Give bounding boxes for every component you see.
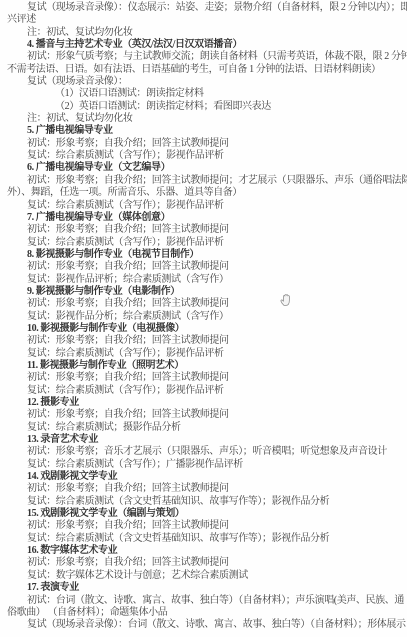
section-heading-line: 15. 戏剧影视文学专业（编剧与策划）	[7, 508, 403, 520]
document-line: 复试：综合素质测试（含写作）；影视作品评析	[7, 150, 403, 162]
section-heading-line: 14. 戏剧影视文学专业	[7, 471, 403, 483]
section-heading-line: 12. 摄影专业	[7, 397, 403, 409]
document-line: 复试（现场录音录像）：台词（散文、诗歌、寓言、故事、独白等）（自备材料）；形体展…	[7, 619, 403, 631]
section-heading-line: 13. 录音艺术专业	[7, 434, 403, 446]
document-line: 注：初试、复试均勿化妆	[7, 27, 403, 39]
document-line: 不需考法语、日语。如有法语、日语基础的考生，可自备 1 分钟的法语、日语材料朗读…	[7, 64, 403, 76]
document-line: 复试：综合素质测试（含写作）；影视作品评析	[7, 237, 403, 249]
document-line: 兴评述	[7, 14, 403, 26]
document-line: 注：初试、复试均勿化妆	[7, 113, 403, 125]
document-line: （1）汉语口语测试：朗读指定材料	[7, 88, 403, 100]
document-line: 复试：综合素质测试；摄影作品分析	[7, 422, 403, 434]
section-heading-line: 11. 影视摄影与制作专业（照明艺术）	[7, 360, 403, 372]
document-line: 初试：形象考察；音乐才艺展示（只限器乐、声乐）；听音模唱；听觉想象及声音设计	[7, 446, 403, 458]
document-line: 初试：形象考察；自我介绍；回答主试教师提问	[7, 372, 403, 384]
document-line: 俗歌曲） （自备材料）；命题集体小品	[7, 607, 403, 619]
document-line: 复试：影视作品分析；综合素质测试（含写作）	[7, 311, 403, 323]
section-heading-line: 7. 广播电视编导专业（媒体创意）	[7, 212, 403, 224]
document-line: 外）、舞蹈，任选一项。所需音乐、乐器、道具等自备）	[7, 187, 403, 199]
document-line: 复试：综合素质测试（含写作）；广播影视作品评析	[7, 459, 403, 471]
document-line: 复试：影视作品评析；综合素质测试（含写作）	[7, 274, 403, 286]
document-line: 初试：形象考察；自我介绍；回答主试教师提问	[7, 224, 403, 236]
document-line: 复试：综合素质测试（含文史哲基础知识、故事写作等）；影视作品分析	[7, 533, 403, 545]
document-line: 复试（现场录音录像）：仪态展示：站姿、走姿；景物介绍（自备材料，限 2 分钟以内…	[7, 2, 403, 14]
section-heading-line: 16. 数字媒体艺术专业	[7, 545, 403, 557]
document-line: 复试：综合素质测试（含写作）；影视作品评析	[7, 348, 403, 360]
document-line: 初试：形象考察；自我介绍；回答主试教师提问	[7, 138, 403, 150]
document-line: 复试：综合素质测试（含写作）；影视作品评析	[7, 200, 403, 212]
document-line: 初试：形象考察；自我介绍；回答主试教师提问	[7, 335, 403, 347]
section-heading-line: 10. 影视摄影与制作专业（电视摄像）	[7, 323, 403, 335]
section-heading-line: 9. 影视摄影与制作专业（电影制作）	[7, 286, 403, 298]
document-line: 初试：台词（散文、诗歌、寓言、故事、独白等）（自备材料）；声乐演唱(美声、民族、…	[7, 595, 403, 607]
document-line: 初试：形象考察；自我介绍；回答主试教师提问；才艺展示（只限器乐、声乐（通俗唱法除	[7, 175, 403, 187]
document-line: 初试：形象考察；自我介绍；回答主试教师提问	[7, 520, 403, 532]
document-line: 初试：形象考察；自我介绍；回答主试教师提问	[7, 298, 403, 310]
document-line: （2）英语口语测试：朗读指定材料；看图即兴表达	[7, 101, 403, 113]
document-line: 复试：综合素质测试（含写作）；影视作品评析	[7, 385, 403, 397]
document-line: 复试（现场录音录像）：	[7, 76, 403, 88]
document-line: 复试：数字媒体艺术设计与创意；艺术综合素质测试	[7, 570, 403, 582]
document-line: 初试：形象气质考察；与主试教师交流；朗读自备材料（只需考英语，体裁不限，限 2 …	[7, 51, 403, 63]
document-line: 初试：形象考察；自我介绍；回答主试教师提问	[7, 483, 403, 495]
section-heading-line: 17. 表演专业	[7, 582, 403, 594]
section-heading-line: 4. 播音与主持艺术专业（英汉/法汉/日汉双语播音）	[7, 39, 403, 51]
section-heading-line: 5. 广播电视编导专业	[7, 125, 403, 137]
document-line: 初试：形象考察；自我介绍；回答主试教师提问	[7, 557, 403, 569]
document-line: 初试：形象考察；自我介绍；回答主试教师提问	[7, 409, 403, 421]
document-line: 复试：综合素质测试（含文史哲基础知识、故事写作等）；影视作品分析	[7, 496, 403, 508]
document-page: { "page": { "background_color": "#fefefe…	[0, 0, 407, 637]
document-line: 初试：形象考察；自我介绍；回答主试教师提问	[7, 261, 403, 273]
section-heading-line: 6. 广播电视编导专业（文艺编导）	[7, 162, 403, 174]
section-heading-line: 8. 影视摄影与制作专业（电视节目制作）	[7, 249, 403, 261]
document-text-area: 复试（现场录音录像）：仪态展示：站姿、走姿；景物介绍（自备材料，限 2 分钟以内…	[7, 2, 403, 632]
